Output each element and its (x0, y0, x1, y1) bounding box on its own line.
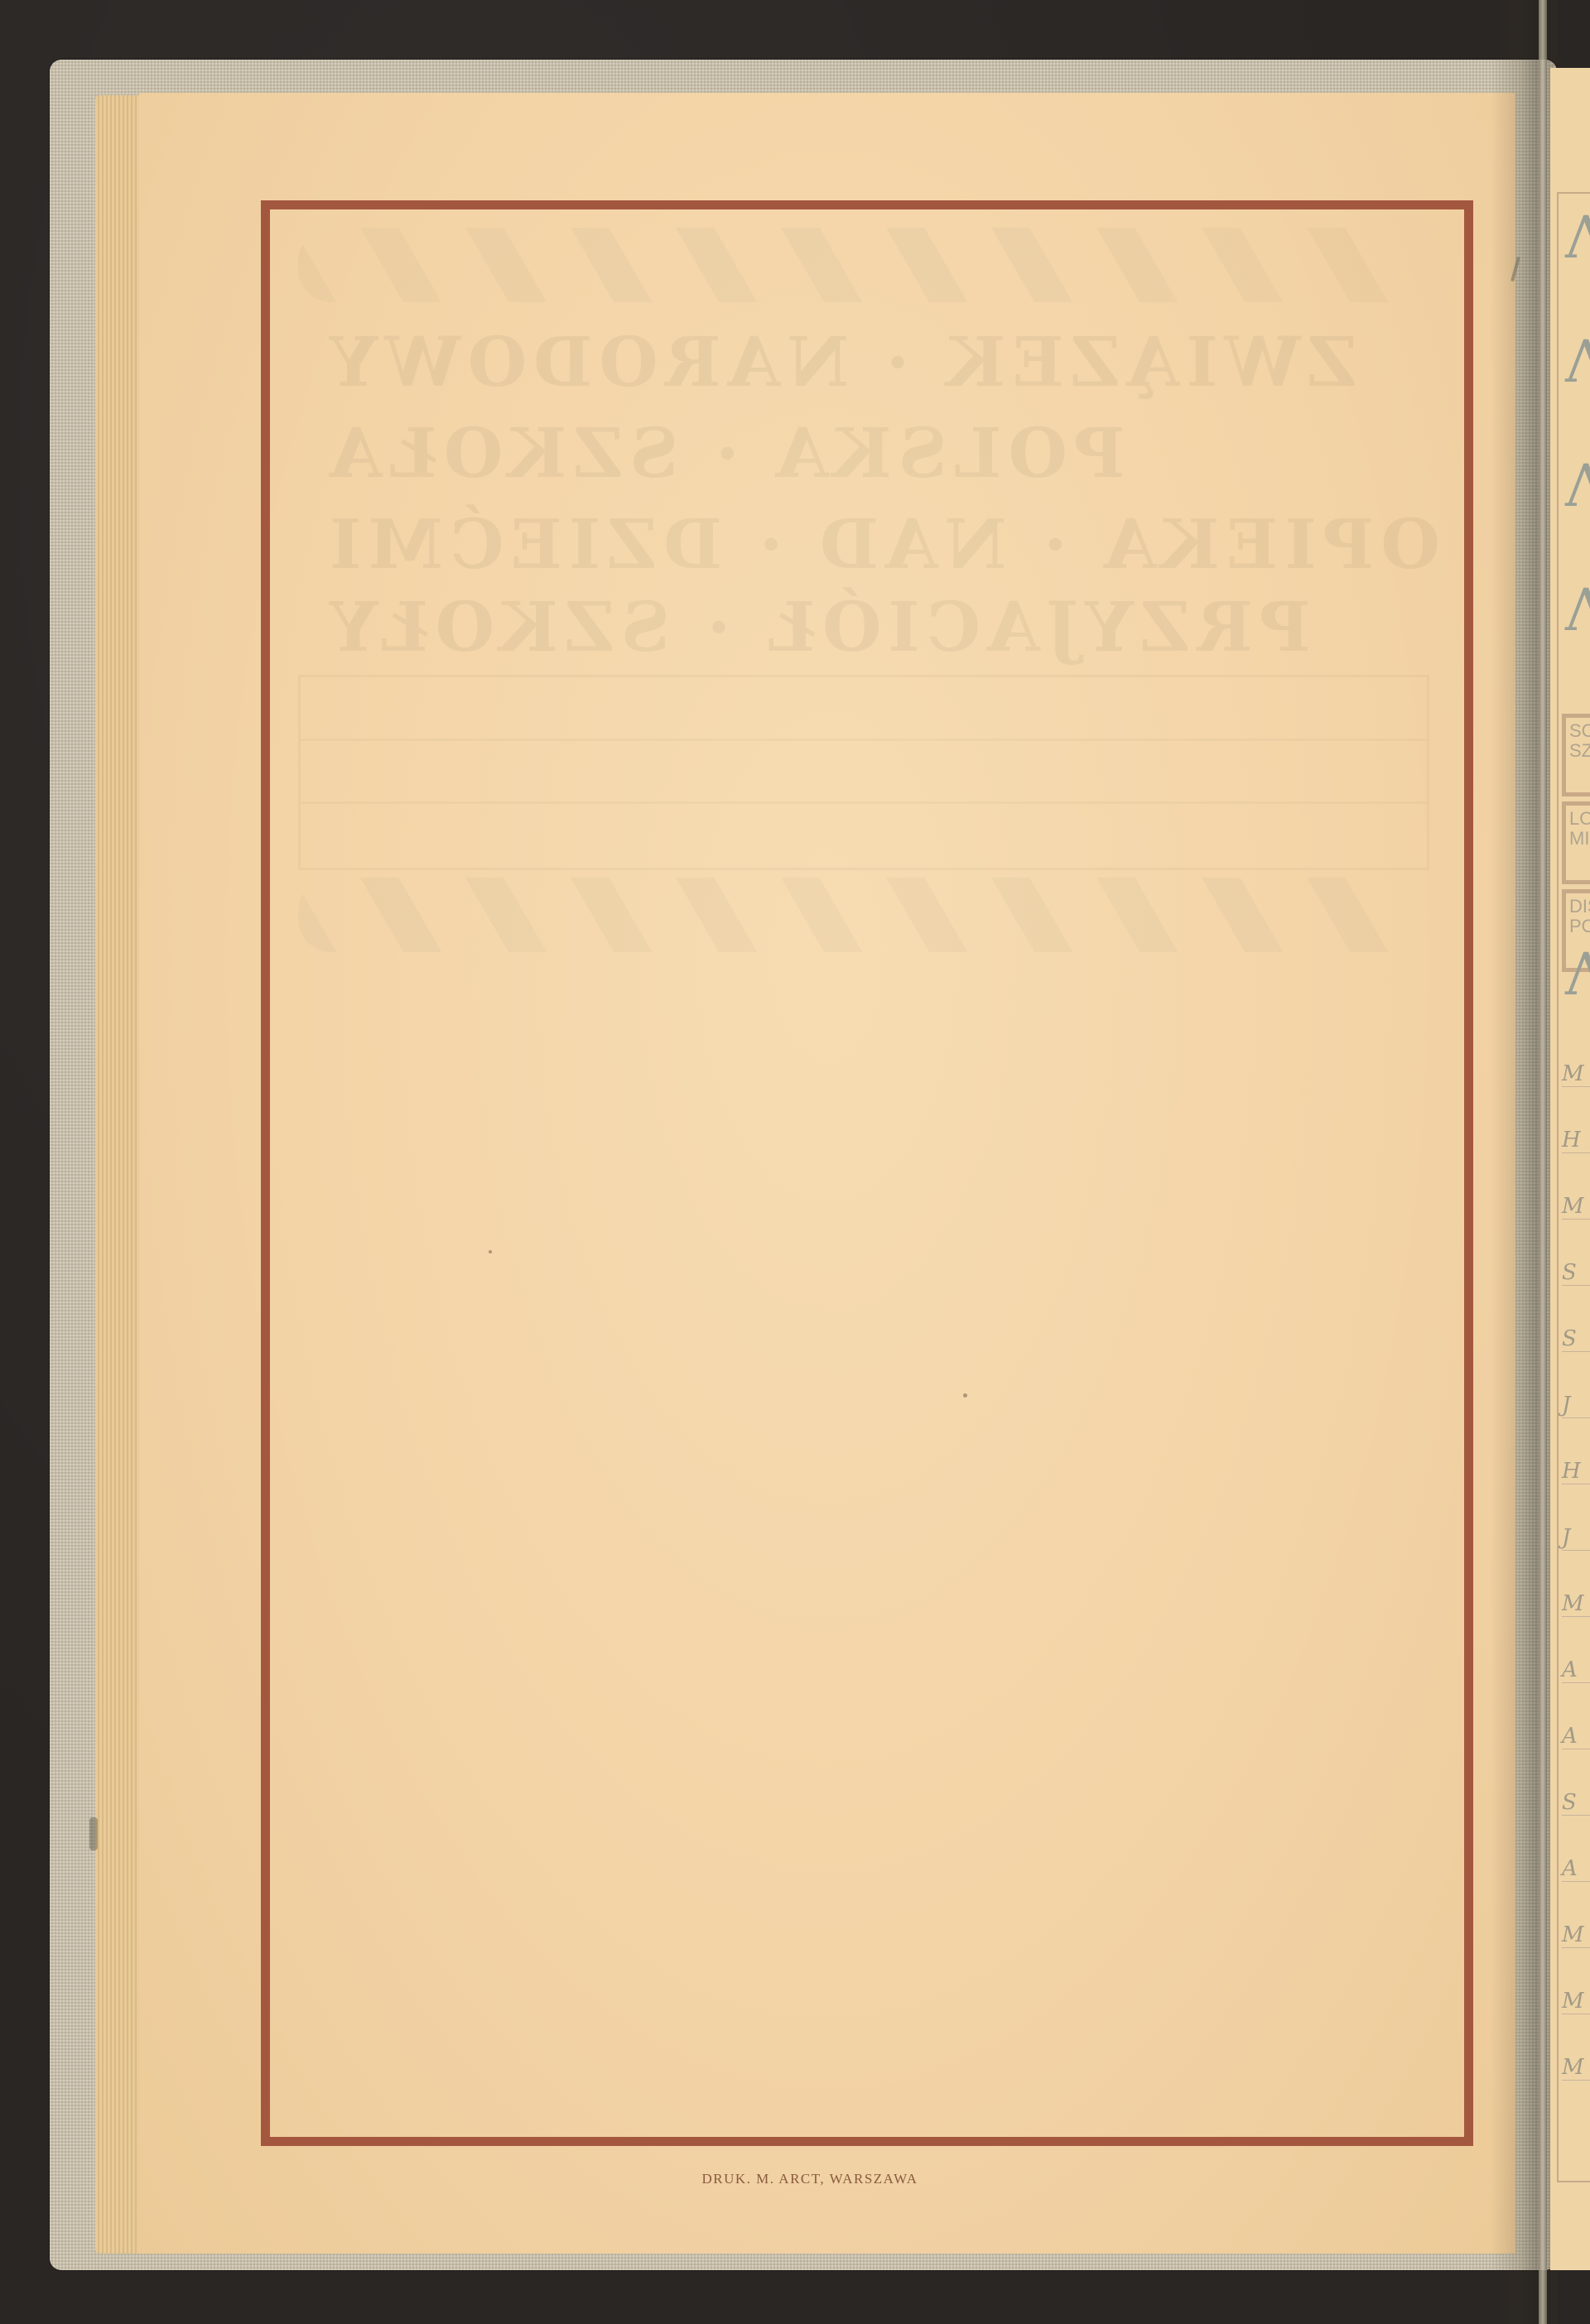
edge-stain (89, 1817, 98, 1850)
facing-ornament-icon: Ʌ (1565, 945, 1590, 1045)
imprint-text: DRUK. M. ARCT, WARSZAWA (701, 2171, 918, 2187)
facing-label-locality: LOCA MIEJ (1562, 801, 1590, 884)
facing-ornament-icon: Ʌ (1565, 209, 1590, 308)
facing-handwriting-line: S (1562, 1326, 1590, 1352)
book-gutter-shadow (1491, 0, 1557, 2324)
facing-label-school: SCHO SZKO (1562, 714, 1590, 796)
facing-ornament-icon: Ʌ (1565, 457, 1590, 556)
facing-ornament-icon: Ʌ (1565, 333, 1590, 432)
facing-handwriting-line: A (1562, 1658, 1590, 1683)
paper-speck (489, 1250, 492, 1253)
facing-handwriting-line: M (1562, 1194, 1590, 1220)
facing-handwriting-line: J (1562, 1525, 1590, 1551)
facing-handwriting-line: S (1562, 1790, 1590, 1816)
facing-ornament-icon: Ʌ (1565, 581, 1590, 681)
scanner-page-holder-rod (1539, 0, 1547, 2324)
facing-handwriting-line: M (1562, 1591, 1590, 1617)
facing-handwriting-line: M (1562, 2055, 1590, 2081)
paper-speck (963, 1393, 967, 1398)
decorative-frame-border (261, 200, 1473, 2146)
facing-handwriting-line: H (1562, 1459, 1590, 1484)
facing-handwriting-line: A (1562, 1724, 1590, 1749)
facing-handwriting-line: A (1562, 1856, 1590, 1882)
facing-handwriting-line: M (1562, 1061, 1590, 1087)
facing-handwriting-line: S (1562, 1260, 1590, 1286)
page-edges (95, 95, 145, 2254)
facing-label-group: SCHO SZKO LOCA MIEJ DISTR POW (1562, 714, 1590, 977)
facing-page: Ʌ Ʌ Ʌ Ʌ SCHO SZKO LOCA MIEJ DISTR POW Ʌ … (1550, 68, 1590, 2270)
facing-handwriting-line: H (1562, 1128, 1590, 1153)
facing-handwriting-line: J (1562, 1393, 1590, 1418)
facing-handwriting-line: M (1562, 1989, 1590, 2014)
facing-handwriting-line: M (1562, 1922, 1590, 1948)
printer-imprint: DRUK. M. ARCT, WARSZAWA (0, 2171, 1590, 2187)
